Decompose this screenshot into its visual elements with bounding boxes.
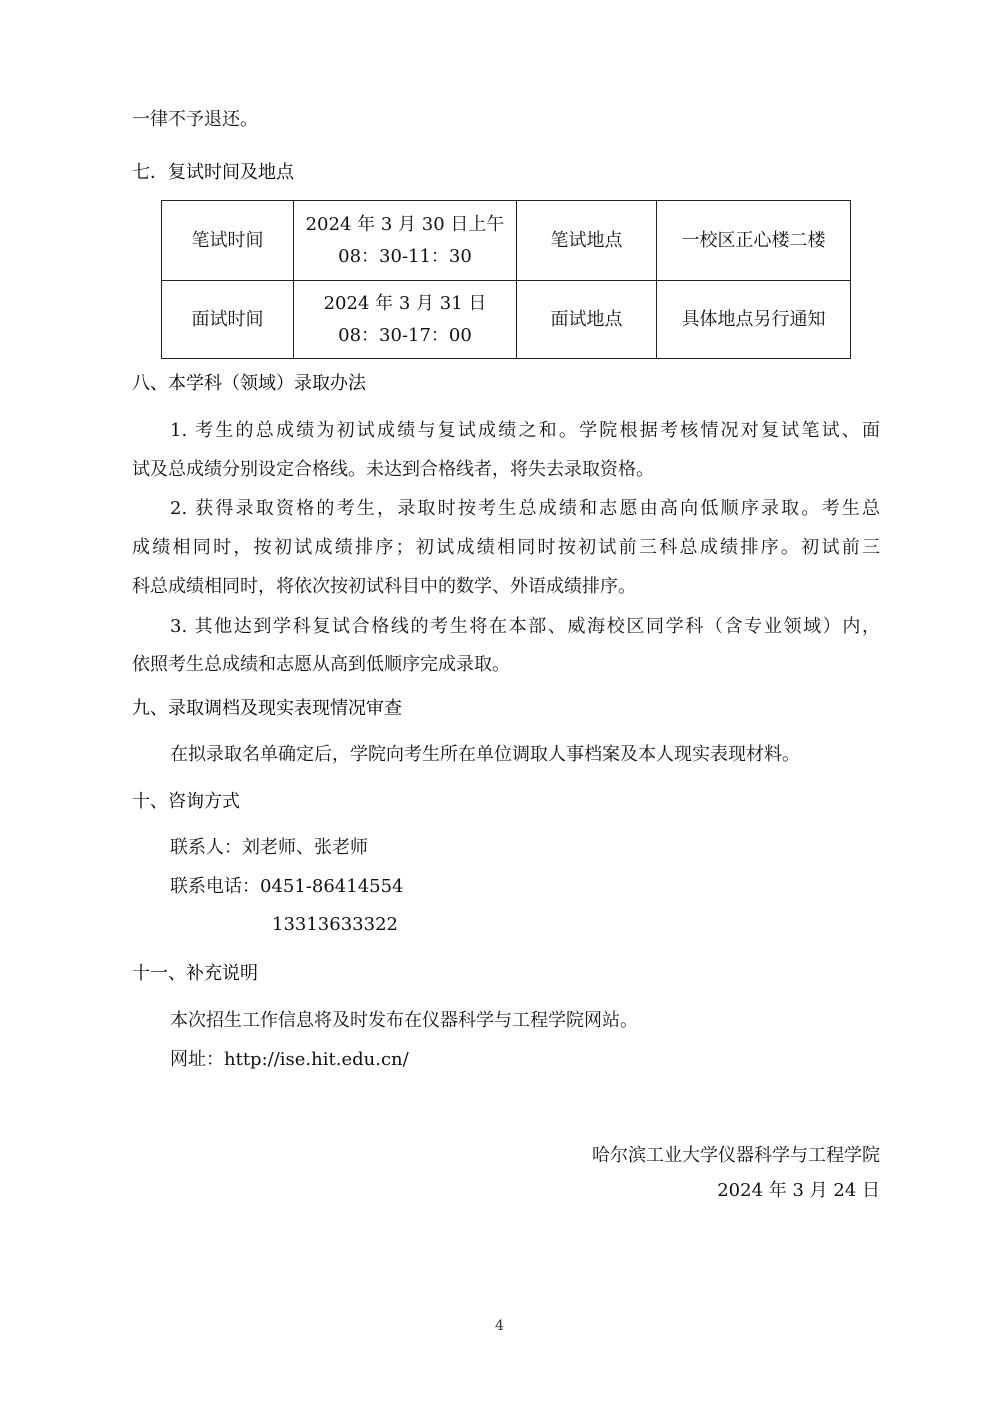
paragraph-line: 成绩相同时，按初试成绩排序；初试成绩相同时按初试前三科总成绩排序。初试前三	[132, 536, 880, 560]
page-number: 4	[0, 1318, 999, 1334]
section-7-heading: 七．复试时间及地点	[132, 161, 294, 185]
cell-time: 2024 年 3 月 31 日 08：30-17：00	[294, 281, 517, 359]
time-date: 2024 年 3 月 31 日	[294, 288, 516, 320]
section-8-heading: 八、本学科（领域）录取办法	[132, 372, 366, 396]
schedule-table: 笔试时间 2024 年 3 月 30 日上午 08：30-11：30 笔试地点 …	[161, 200, 851, 359]
section-9-text: 在拟录取名单确定后，学院向考生所在单位调取人事档案及本人现实表现材料。	[170, 743, 800, 767]
cell-place-label: 笔试地点	[517, 201, 657, 281]
cell-place: 一校区正心楼二楼	[657, 201, 851, 281]
section-9-heading: 九、录取调档及现实表现情况审查	[132, 697, 402, 721]
website-label: 网址：	[170, 1049, 224, 1070]
contact-person: 联系人：刘老师、张老师	[170, 836, 368, 860]
table-row: 面试时间 2024 年 3 月 31 日 08：30-17：00 面试地点 具体…	[162, 281, 851, 359]
paragraph-line: 3. 其他达到学科复试合格线的考生将在本部、威海校区同学科（含专业领域）内，	[170, 615, 880, 639]
table-row: 笔试时间 2024 年 3 月 30 日上午 08：30-11：30 笔试地点 …	[162, 201, 851, 281]
contact-phone: 联系电话：0451-86414554	[170, 875, 404, 899]
contact-phone-2: 13313633322	[272, 913, 398, 937]
cell-time: 2024 年 3 月 30 日上午 08：30-11：30	[294, 201, 517, 281]
paragraph-line: 1. 考生的总成绩为初试成绩与复试成绩之和。学院根据考核情况对复试笔试、面	[170, 419, 880, 443]
signature-org: 哈尔滨工业大学仪器科学与工程学院	[592, 1144, 880, 1168]
paragraph-line: 依照考生总成绩和志愿从高到低顺序完成录取。	[132, 653, 510, 677]
paragraph-line: 2. 获得录取资格的考生，录取时按考生总成绩和志愿由高向低顺序录取。考生总	[170, 497, 880, 521]
cell-place: 具体地点另行通知	[657, 281, 851, 359]
section-10-heading: 十、咨询方式	[132, 790, 240, 814]
paragraph-line: 科总成绩相同时，将依次按初试科目中的数学、外语成绩排序。	[132, 575, 636, 599]
paragraph-line: 试及总成绩分别设定合格线。未达到合格线者，将失去录取资格。	[132, 458, 654, 482]
section-11-heading: 十一、补充说明	[132, 962, 258, 986]
website-line: 网址：http://ise.hit.edu.cn/	[170, 1048, 409, 1072]
signature-date: 2024 年 3 月 24 日	[717, 1179, 880, 1203]
carryover-text: 一律不予退还。	[132, 108, 258, 132]
time-date: 2024 年 3 月 30 日上午	[294, 209, 516, 241]
cell-place-label: 面试地点	[517, 281, 657, 359]
cell-label: 笔试时间	[162, 201, 294, 281]
section-11-text: 本次招生工作信息将及时发布在仪器科学与工程学院网站。	[170, 1009, 638, 1033]
website-link[interactable]: http://ise.hit.edu.cn/	[224, 1049, 409, 1070]
time-range: 08：30-17：00	[294, 320, 516, 352]
cell-label: 面试时间	[162, 281, 294, 359]
time-range: 08：30-11：30	[294, 241, 516, 273]
